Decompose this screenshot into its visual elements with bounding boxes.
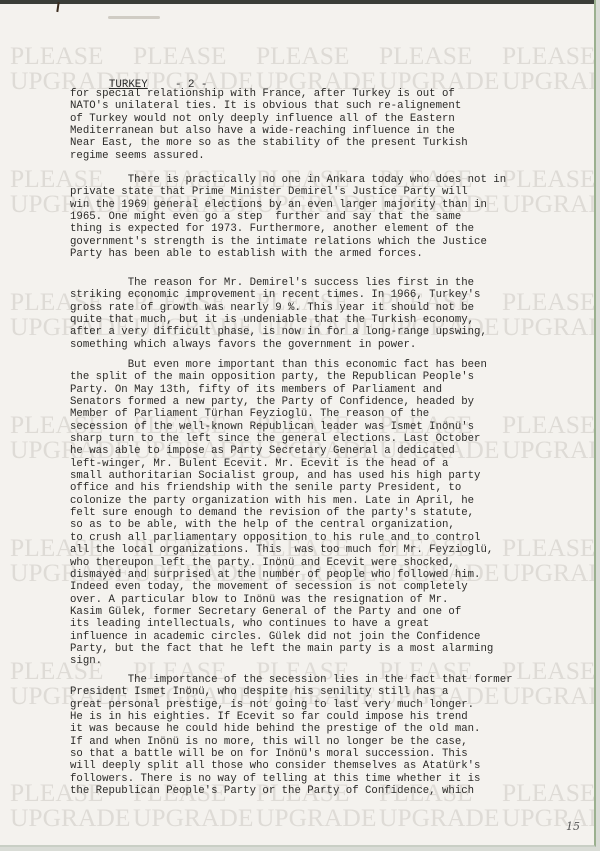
text-line: Member of Parliament Türhan Feyzioglü. T… <box>70 408 493 420</box>
handwritten-page-number: 15 <box>566 820 580 833</box>
text-line: sign. <box>70 655 493 667</box>
watermark-row: UPGRADEUPGRADEUPGRADEUPGRADEUPGRADE <box>10 803 596 833</box>
text-line: all the local organizations. This was to… <box>70 544 493 556</box>
text-line: If and when Inönü is no more, this will … <box>70 736 513 748</box>
text-line: gross rate of growth was nearly 9 %. Thi… <box>70 302 487 314</box>
paragraph-1: for special relationship with France, af… <box>70 88 468 162</box>
text-line: after a very difficult phase, is now in … <box>70 326 487 338</box>
text-line: the Republican People's Party or the Par… <box>70 785 513 797</box>
text-line: who thereupon left the party. Inönü and … <box>70 557 493 569</box>
paragraph-4: But even more important than this econom… <box>70 359 493 668</box>
text-line: Kasim Gülek, former Secretary General of… <box>70 606 493 618</box>
text-line: Party has been able to establish with th… <box>70 248 506 260</box>
text-line: 1965. One might even go a step further a… <box>70 211 506 223</box>
text-line: President Ismet Inönü, who despite his s… <box>70 686 513 698</box>
text-line: to crush all parliamentary opposition to… <box>70 532 493 544</box>
text-line: the split of the main opposition party, … <box>70 371 493 383</box>
text-line: for special relationship with France, af… <box>70 88 468 100</box>
text-line: over. A particular blow to Inönü was the… <box>70 594 493 606</box>
text-line: The importance of the secession lies in … <box>70 674 513 686</box>
text-line: He is in his eighties. If Ecevit so far … <box>70 711 513 723</box>
paragraph-2: There is practically no one in Ankara to… <box>70 174 506 260</box>
text-line: secession of the well-known Republican l… <box>70 421 493 433</box>
text-line: NATO's unilateral ties. It is obvious th… <box>70 100 468 112</box>
document-page: PLEASEPLEASEPLEASEPLEASEPLEASE UPGRADEUP… <box>0 0 596 847</box>
text-line: he was able to impose as Party Secretary… <box>70 445 493 457</box>
paragraph-5: The importance of the secession lies in … <box>70 674 513 797</box>
scan-top-edge <box>0 0 596 4</box>
text-line: something which always favors the govern… <box>70 339 487 351</box>
text-line: The reason for Mr. Demirel's success lie… <box>70 277 487 289</box>
text-line: great personal prestige, is not going to… <box>70 699 513 711</box>
pen-mark <box>56 2 59 12</box>
text-line: its leading intellectuals, who continues… <box>70 618 493 630</box>
text-line: Party. On May 13th, fifty of its members… <box>70 384 493 396</box>
text-line: so that a battle will be on for Inönü's … <box>70 748 513 760</box>
text-line: influence in academic circles. Gülek did… <box>70 631 493 643</box>
text-line: private state that Prime Minister Demire… <box>70 186 506 198</box>
text-line: of Turkey would not only deeply influenc… <box>70 113 468 125</box>
text-line: But even more important than this econom… <box>70 359 493 371</box>
text-line: dismayed and surprised at the number of … <box>70 569 493 581</box>
text-line: office and his friendship with the senil… <box>70 482 493 494</box>
text-line: small authoritarian Socialist group, and… <box>70 470 493 482</box>
text-line: Near East, the more so as the stability … <box>70 137 468 149</box>
text-line: felt sure enough to demand the revision … <box>70 507 493 519</box>
paragraph-3: The reason for Mr. Demirel's success lie… <box>70 277 487 351</box>
text-line: sharp turn to the left since the general… <box>70 433 493 445</box>
text-line: government's strength is the intimate re… <box>70 236 506 248</box>
text-line: Senators formed a new party, the Party o… <box>70 396 493 408</box>
text-line: Party, but the fact that he left the mai… <box>70 643 493 655</box>
text-line: striking economic improvement in recent … <box>70 289 487 301</box>
text-line: Indeed even today, the movement of seces… <box>70 581 493 593</box>
text-line: colonize the party organization with his… <box>70 495 493 507</box>
text-line: regime seems assured. <box>70 150 468 162</box>
scan-smudge <box>108 16 160 19</box>
text-line: so as to be able, with the help of the c… <box>70 519 493 531</box>
text-line: win the 1969 general elections by an eve… <box>70 199 506 211</box>
text-line: thing is expected for 1973. Furthermore,… <box>70 223 506 235</box>
text-line: will deeply split all those who consider… <box>70 760 513 772</box>
text-line: Mediterranean but also have a wide-reach… <box>70 125 468 137</box>
text-line: There is practically no one in Ankara to… <box>70 174 506 186</box>
text-line: left-winger, Mr. Bulent Ecevit. Mr. Ecev… <box>70 458 493 470</box>
text-line: followers. There is no way of telling at… <box>70 773 513 785</box>
text-line: it was because he could hide behind the … <box>70 723 513 735</box>
text-line: quite that much, but it is undeniable th… <box>70 314 487 326</box>
